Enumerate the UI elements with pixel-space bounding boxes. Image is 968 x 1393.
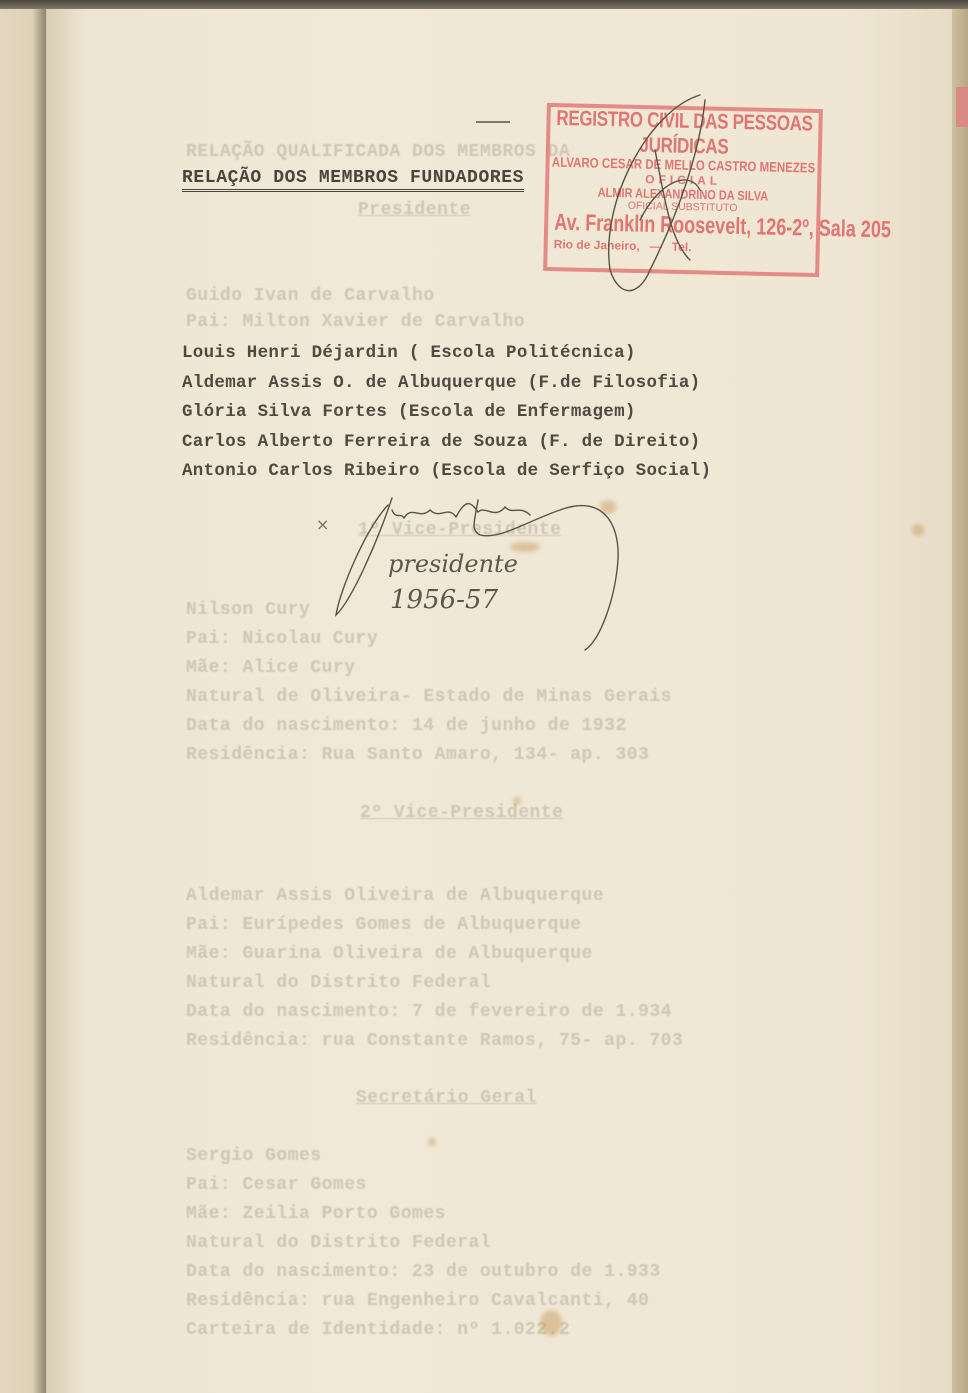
- ghost-line: Mãe: Alice Cury: [186, 658, 356, 678]
- ghost-line: Mãe: Guarina Oliveira de Albuquerque: [186, 944, 593, 964]
- ghost-line: Data do nascimento: 14 de junho de 1932: [186, 716, 627, 736]
- stamp-registry-name: REGISTRO CIVIL DAS PESSOAS JURÍDICAS: [550, 106, 819, 162]
- ghost-line: Natural de Oliveira- Estado de Minas Ger…: [186, 687, 672, 707]
- ghost-line: Carteira de Identidade: nº 1.022.2: [186, 1320, 570, 1340]
- ghost-line: Residência: rua Engenheiro Cavalcanti, 4…: [186, 1291, 649, 1311]
- ghost-line: Pai: Eurípedes Gomes de Albuquerque: [186, 915, 582, 935]
- stain: [513, 797, 521, 805]
- ghost-line: Aldemar Assis Oliveira de Albuquerque: [186, 886, 604, 906]
- stamp-fragment: [956, 87, 968, 127]
- stain: [912, 524, 924, 536]
- ghost-section-2-vice: 2º Vice-Presidente: [360, 803, 563, 823]
- ghost-line: Guido Ivan de Carvalho: [186, 286, 435, 306]
- document-title: RELAÇÃO DOS MEMBROS FUNDADORES: [182, 168, 524, 192]
- stain: [510, 542, 540, 552]
- registry-stamp: REGISTRO CIVIL DAS PESSOAS JURÍDICAS ALV…: [543, 103, 823, 277]
- founding-members-list: Louis Henri Déjardin ( Escola Politécnic…: [182, 341, 711, 489]
- adjacent-page-right: [952, 9, 968, 1393]
- member-entry: Glória Silva Fortes (Escola de Enfermage…: [182, 400, 711, 430]
- stain: [428, 1138, 436, 1146]
- ghost-line: Residência: Rua Santo Amaro, 134- ap. 30…: [186, 745, 649, 765]
- ghost-line: Sergio Gomes: [186, 1146, 322, 1166]
- ghost-line: Nilson Cury: [186, 600, 310, 620]
- ghost-line: Residência: rua Constante Ramos, 75- ap.…: [186, 1031, 683, 1051]
- ghost-line: Pai: Cesar Gomes: [186, 1175, 367, 1195]
- ghost-heading: RELAÇÃO QUALIFICADA DOS MEMBROS DA: [186, 142, 570, 162]
- typed-dash: [476, 121, 510, 123]
- stain: [540, 1310, 562, 1336]
- ghost-line: Data do nascimento: 23 de outubro de 1.9…: [186, 1262, 661, 1282]
- ghost-section-secretario: Secretário Geral: [356, 1088, 537, 1108]
- adjacent-page-left: [0, 9, 46, 1393]
- ghost-section-presidente: Presidente: [358, 200, 471, 220]
- member-entry: Carlos Alberto Ferreira de Souza (F. de …: [182, 430, 711, 460]
- ghost-line: Natural do Distrito Federal: [186, 1233, 491, 1253]
- ghost-line: Pai: Nicolau Cury: [186, 629, 378, 649]
- member-entry: Aldemar Assis O. de Albuquerque (F.de Fi…: [182, 371, 711, 401]
- ghost-line: Data do nascimento: 7 de fevereiro de 1.…: [186, 1002, 672, 1022]
- member-entry: Antonio Carlos Ribeiro (Escola de Serfiç…: [182, 459, 711, 489]
- ghost-line: Natural do Distrito Federal: [186, 973, 491, 993]
- member-entry: Louis Henri Déjardin ( Escola Politécnic…: [182, 341, 711, 371]
- ghost-line: Mãe: Zeilia Porto Gomes: [186, 1204, 446, 1224]
- stain: [600, 500, 616, 514]
- ghost-section-1-vice: 1º Vice-Presidente: [358, 520, 561, 540]
- ghost-line: Pai: Milton Xavier de Carvalho: [186, 312, 525, 332]
